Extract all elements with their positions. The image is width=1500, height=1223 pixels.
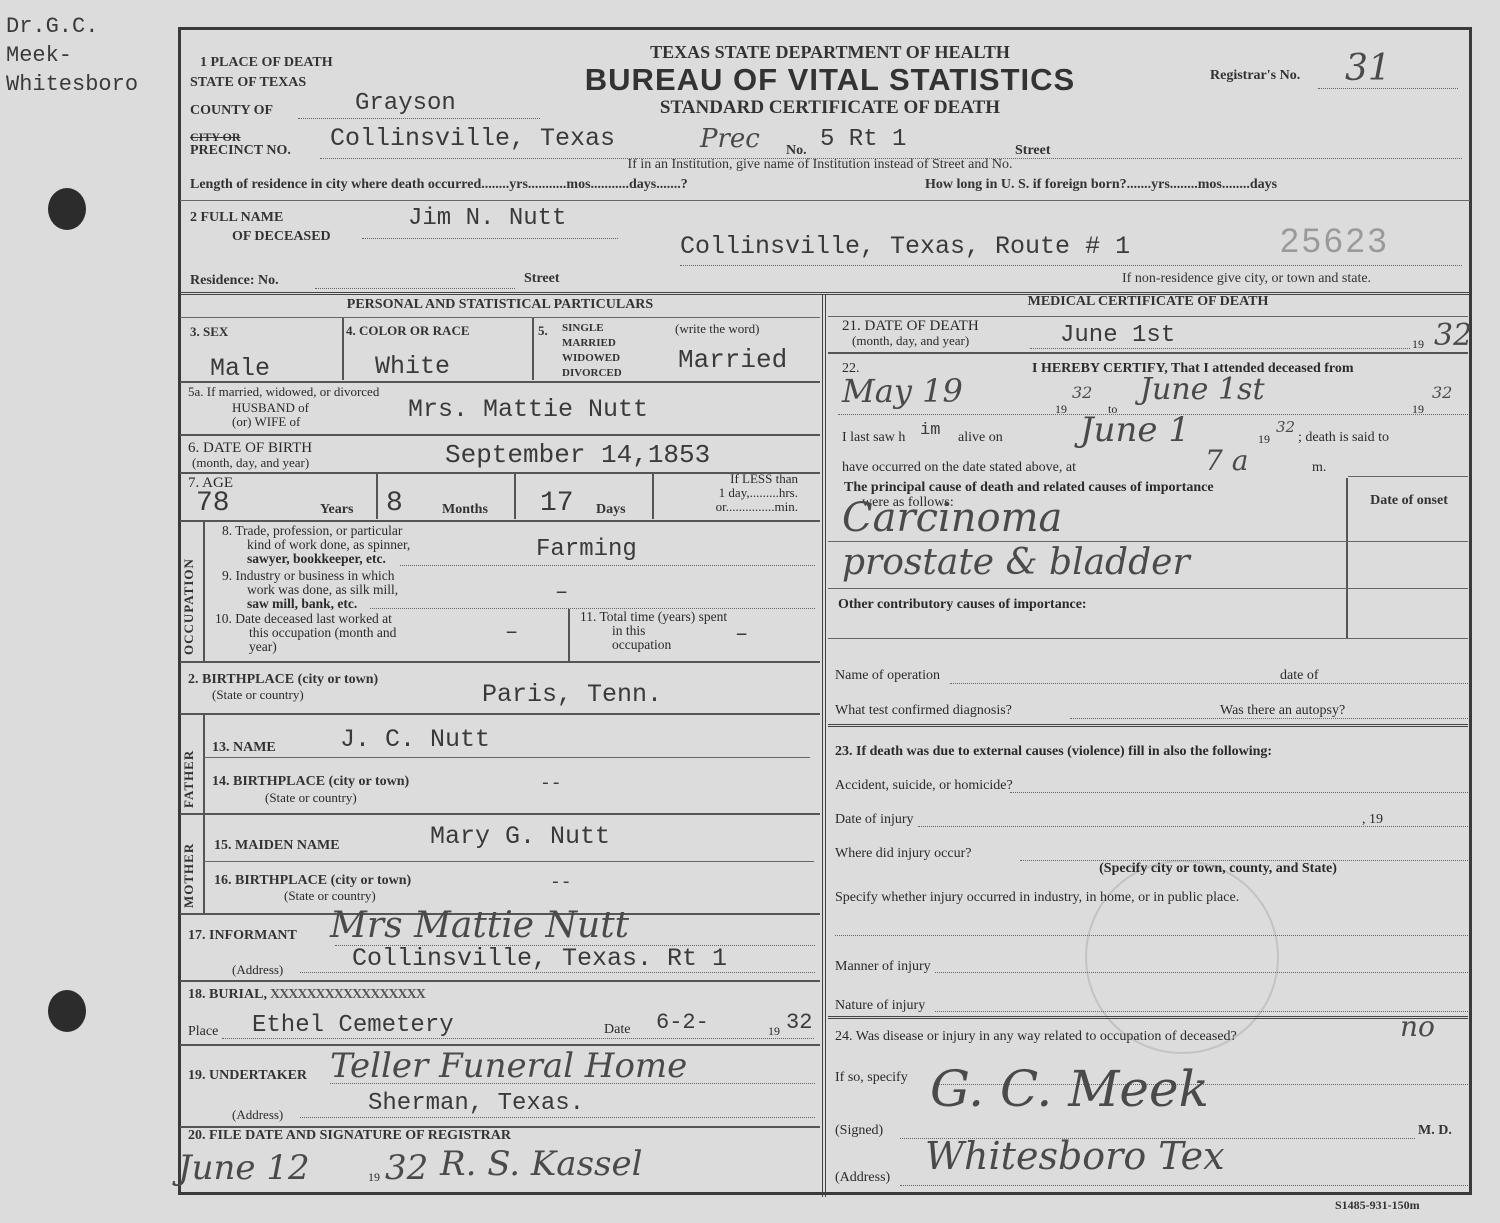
foreign-born-label: How long in U. S. if foreign born?......…: [925, 177, 1277, 193]
mother-birthplace-value: --: [550, 873, 572, 893]
precinct-value: Collinsville, Texas: [330, 124, 615, 153]
last-worked-label-2: this occupation (month and: [215, 626, 396, 640]
marital-num: 5.: [538, 323, 548, 339]
of-deceased-label: OF DECEASED: [232, 229, 331, 245]
last-saw-year: 32: [1276, 418, 1295, 436]
age-years: 78: [196, 488, 230, 519]
file-number: 25623: [1280, 222, 1390, 261]
residence-street-label: Street: [524, 271, 560, 287]
father-birthplace-value: --: [540, 774, 562, 794]
punch-hole-top: [48, 188, 86, 230]
birthplace-label-2: (State or country): [212, 687, 304, 703]
said-to-label: ; death is said to: [1298, 430, 1389, 446]
operation-date-label: date of: [1280, 668, 1318, 684]
residence-address: Collinsville, Texas, Route # 1: [680, 232, 1130, 261]
father-side-label: FATHER: [181, 718, 197, 808]
punch-hole-bottom: [48, 990, 86, 1032]
mother-birthplace-label-1: 16. BIRTHPLACE (city or town): [214, 873, 411, 889]
father-birthplace-label-1: 14. BIRTHPLACE (city or town): [212, 774, 409, 790]
burial-date-label: Date: [604, 1022, 630, 1038]
less-than-day: If LESS than 1 day,.........hrs. or.....…: [660, 472, 798, 514]
spouse-label-1: 5a. If married, widowed, or divorced: [188, 384, 379, 400]
race-label: 4. COLOR OR RACE: [346, 323, 470, 339]
place-of-death-label: 1 PLACE OF DEATH: [200, 55, 333, 71]
burial-year-prefix: 19: [768, 1024, 780, 1039]
undertaker-name: Teller Funeral Home: [330, 1046, 687, 1086]
marital-option-widowed: WIDOWED: [562, 351, 622, 366]
father-name-label: 13. NAME: [212, 740, 276, 756]
where-hint: (Specify city or town, county, and State…: [1018, 861, 1418, 877]
days-label: Days: [596, 502, 626, 518]
autopsy-label: Was there an autopsy?: [1220, 703, 1345, 719]
marital-hint: (write the word): [675, 321, 759, 337]
months-label: Months: [442, 502, 488, 518]
less-than-line2: 1 day,.........hrs.: [660, 486, 798, 500]
trade-label: 8. Trade, profession, or particular kind…: [222, 524, 410, 566]
dob-value: September 14,1853: [445, 440, 710, 470]
last-worked-label-3: year): [215, 640, 396, 654]
form-number: S1485-931-150m: [1335, 1198, 1420, 1213]
industry-label-1: 9. Industry or business in which: [222, 569, 398, 583]
last-saw-year-prefix: 19: [1258, 432, 1270, 447]
accident-label: Accident, suicide, or homicide?: [835, 778, 1013, 794]
mother-name-value: Mary G. Nutt: [430, 822, 610, 851]
external-causes-label: 23. If death was due to external causes …: [835, 744, 1272, 760]
marital-value: Married: [678, 345, 787, 375]
last-worked-label-1: 10. Date deceased last worked at: [215, 612, 396, 626]
county-label: COUNTY OF: [190, 103, 273, 119]
cause-1: Carcinoma: [842, 495, 1062, 541]
full-name-label: 2 FULL NAME: [190, 210, 283, 226]
marital-options: SINGLE MARRIED WIDOWED DIVORCED: [562, 321, 622, 381]
less-than-line1: If LESS than: [660, 472, 798, 486]
mother-side-label: MOTHER: [181, 818, 197, 908]
total-time-label-1: 11. Total time (years) spent: [580, 610, 727, 624]
burial-year: 32: [786, 1010, 812, 1035]
total-time-value: –: [735, 622, 748, 647]
informant-signature: Mrs Mattie Nutt: [330, 905, 629, 946]
burial-place-value: Ethel Cemetery: [252, 1012, 454, 1039]
trade-label-3: sawyer, bookkeeper, etc.: [222, 552, 410, 566]
state-label: STATE OF TEXAS: [190, 75, 306, 91]
residence-length-label: Length of residence in city where death …: [190, 177, 688, 193]
marital-option-married: MARRIED: [562, 336, 622, 351]
signed-label: (Signed): [835, 1123, 883, 1139]
physician-address-label: (Address): [835, 1170, 890, 1186]
marital-option-single: SINGLE: [562, 321, 622, 336]
deceased-name: Jim N. Nutt: [408, 205, 566, 232]
if-so-label: If so, specify: [835, 1070, 908, 1086]
mother-birthplace-label-2: (State or country): [284, 888, 376, 904]
last-saw-pronoun: im: [920, 421, 940, 440]
nature-label: Nature of injury: [835, 998, 925, 1014]
undertaker-address-label: (Address): [232, 1107, 283, 1123]
county-value: Grayson: [355, 90, 456, 117]
father-name-value: J. C. Nutt: [340, 725, 490, 754]
less-than-line3: or...............min.: [660, 500, 798, 514]
occurred-label: have occurred on the date stated above, …: [842, 460, 1076, 476]
bureau-title: BUREAU OF VITAL STATISTICS: [480, 62, 1180, 98]
no-value: 5 Rt 1: [820, 126, 906, 153]
industry-value: –: [555, 580, 568, 605]
undertaker-label: 19. UNDERTAKER: [188, 1068, 307, 1084]
sex-label: 3. SEX: [190, 324, 228, 340]
industry-label-2: work was done, as silk mill,: [222, 583, 398, 597]
dod-year-prefix: 19: [1412, 337, 1424, 352]
age-days: 17: [540, 488, 574, 519]
marital-option-divorced: DIVORCED: [562, 366, 622, 381]
personal-section-title: PERSONAL AND STATISTICAL PARTICULARS: [180, 297, 820, 313]
m-label: m.: [1312, 460, 1326, 476]
burial-date-value: 6-2-: [656, 1010, 709, 1035]
years-label: Years: [320, 502, 353, 518]
attended-to: June 1st: [1140, 372, 1265, 407]
father-birthplace-label-2: (State or country): [265, 790, 357, 806]
from-year: 32: [1072, 383, 1092, 402]
occupation-side-label: OCCUPATION: [181, 530, 197, 655]
last-saw-date: June 1: [1080, 410, 1190, 450]
manner-label: Manner of injury: [835, 959, 931, 975]
informant-address: Collinsville, Texas. Rt 1: [352, 944, 727, 973]
dob-label-2: (month, day, and year): [192, 455, 309, 471]
burial-struck-text: XXXXXXXXXXXXXXXXX: [270, 987, 425, 1003]
dod-value: June 1st: [1060, 322, 1175, 349]
last-worked-value: –: [505, 620, 518, 645]
trade-label-1: 8. Trade, profession, or particular: [222, 524, 410, 538]
spouse-label-3: (or) WIFE of: [232, 414, 300, 430]
sex-value: Male: [210, 354, 270, 383]
total-time-label-3: occupation: [580, 638, 727, 652]
spouse-value: Mrs. Mattie Nutt: [408, 395, 648, 424]
total-time-label-2: in this: [580, 624, 727, 638]
precinct-label: PRECINCT NO.: [190, 143, 291, 159]
burial-label: 18. BURIAL,: [188, 987, 267, 1003]
birthplace-label-1: 2. BIRTHPLACE (city or town): [188, 672, 378, 688]
file-year-prefix: 19: [368, 1170, 380, 1185]
total-time-label: 11. Total time (years) spent in this occ…: [580, 610, 727, 652]
registrar-signature: R. S. Kassel: [440, 1144, 642, 1184]
department-title: TEXAS STATE DEPARTMENT OF HEALTH: [520, 42, 1140, 63]
where-label: Where did injury occur?: [835, 846, 971, 862]
undertaker-address: Sherman, Texas.: [368, 1090, 584, 1117]
cause-label-1: The principal cause of death and related…: [844, 480, 1344, 496]
birthplace-value: Paris, Tenn.: [482, 680, 662, 709]
physician-address: Whitesboro Tex: [925, 1134, 1225, 1178]
file-date-value: June 12: [178, 1148, 310, 1188]
dod-year: 32: [1434, 318, 1472, 353]
dod-label-2: (month, day, and year): [852, 333, 969, 349]
margin-note: Dr.G.C. Meek- Whitesboro: [6, 12, 138, 99]
margin-note-line3: Whitesboro: [6, 70, 138, 99]
test-label: What test confirmed diagnosis?: [835, 703, 1012, 719]
burial-place-label: Place: [188, 1024, 218, 1040]
occupation-related-value: no: [1400, 1010, 1435, 1043]
last-worked-label: 10. Date deceased last worked at this oc…: [215, 612, 396, 654]
registrar-no-label: Registrar's No.: [1210, 68, 1300, 84]
age-months: 8: [386, 488, 403, 519]
file-year: 32: [385, 1148, 428, 1188]
specify-label: Specify whether injury occurred in indus…: [835, 890, 1239, 906]
certificate-title: STANDARD CERTIFICATE OF DEATH: [520, 97, 1140, 119]
alive-on-label: alive on: [958, 430, 1003, 446]
injury-date-label: Date of injury: [835, 812, 914, 828]
physician-signature: G. C. Meek: [930, 1060, 1209, 1118]
race-value: White: [375, 352, 450, 381]
nonresidence-note: If non-residence give city, or town and …: [1122, 271, 1371, 287]
residence-no-label: Residence: No.: [190, 273, 279, 289]
precinct-handwritten: Prec: [700, 124, 760, 154]
md-label: M. D.: [1418, 1123, 1452, 1139]
occupation-related-label: 24. Was disease or injury in any way rel…: [835, 1029, 1237, 1045]
death-time: 7 a: [1205, 444, 1248, 477]
institution-note: If in an Institution, give name of Insti…: [540, 157, 1100, 173]
onset-label: Date of onset: [1350, 493, 1468, 509]
industry-label: 9. Industry or business in which work wa…: [222, 569, 398, 611]
margin-note-line2: Meek-: [6, 41, 138, 70]
mother-name-label: 15. MAIDEN NAME: [214, 838, 340, 854]
other-causes-label: Other contributory causes of importance:: [838, 597, 1087, 613]
registrar-no-value: 31: [1345, 48, 1391, 89]
informant-label: 17. INFORMANT: [188, 928, 297, 944]
file-date-label: 20. FILE DATE AND SIGNATURE OF REGISTRAR: [188, 1128, 511, 1144]
trade-value: Farming: [536, 536, 637, 563]
cause-2: prostate & bladder: [842, 542, 1190, 583]
attended-from: May 19: [842, 372, 963, 410]
last-saw-label: I last saw h: [842, 430, 905, 446]
margin-note-line1: Dr.G.C.: [6, 12, 138, 41]
to-year: 32: [1432, 383, 1452, 402]
operation-label: Name of operation: [835, 668, 940, 684]
medical-section-title: MEDICAL CERTIFICATE OF DEATH: [828, 294, 1468, 310]
informant-address-label: (Address): [232, 962, 283, 978]
trade-label-2: kind of work done, as spinner,: [222, 538, 410, 552]
